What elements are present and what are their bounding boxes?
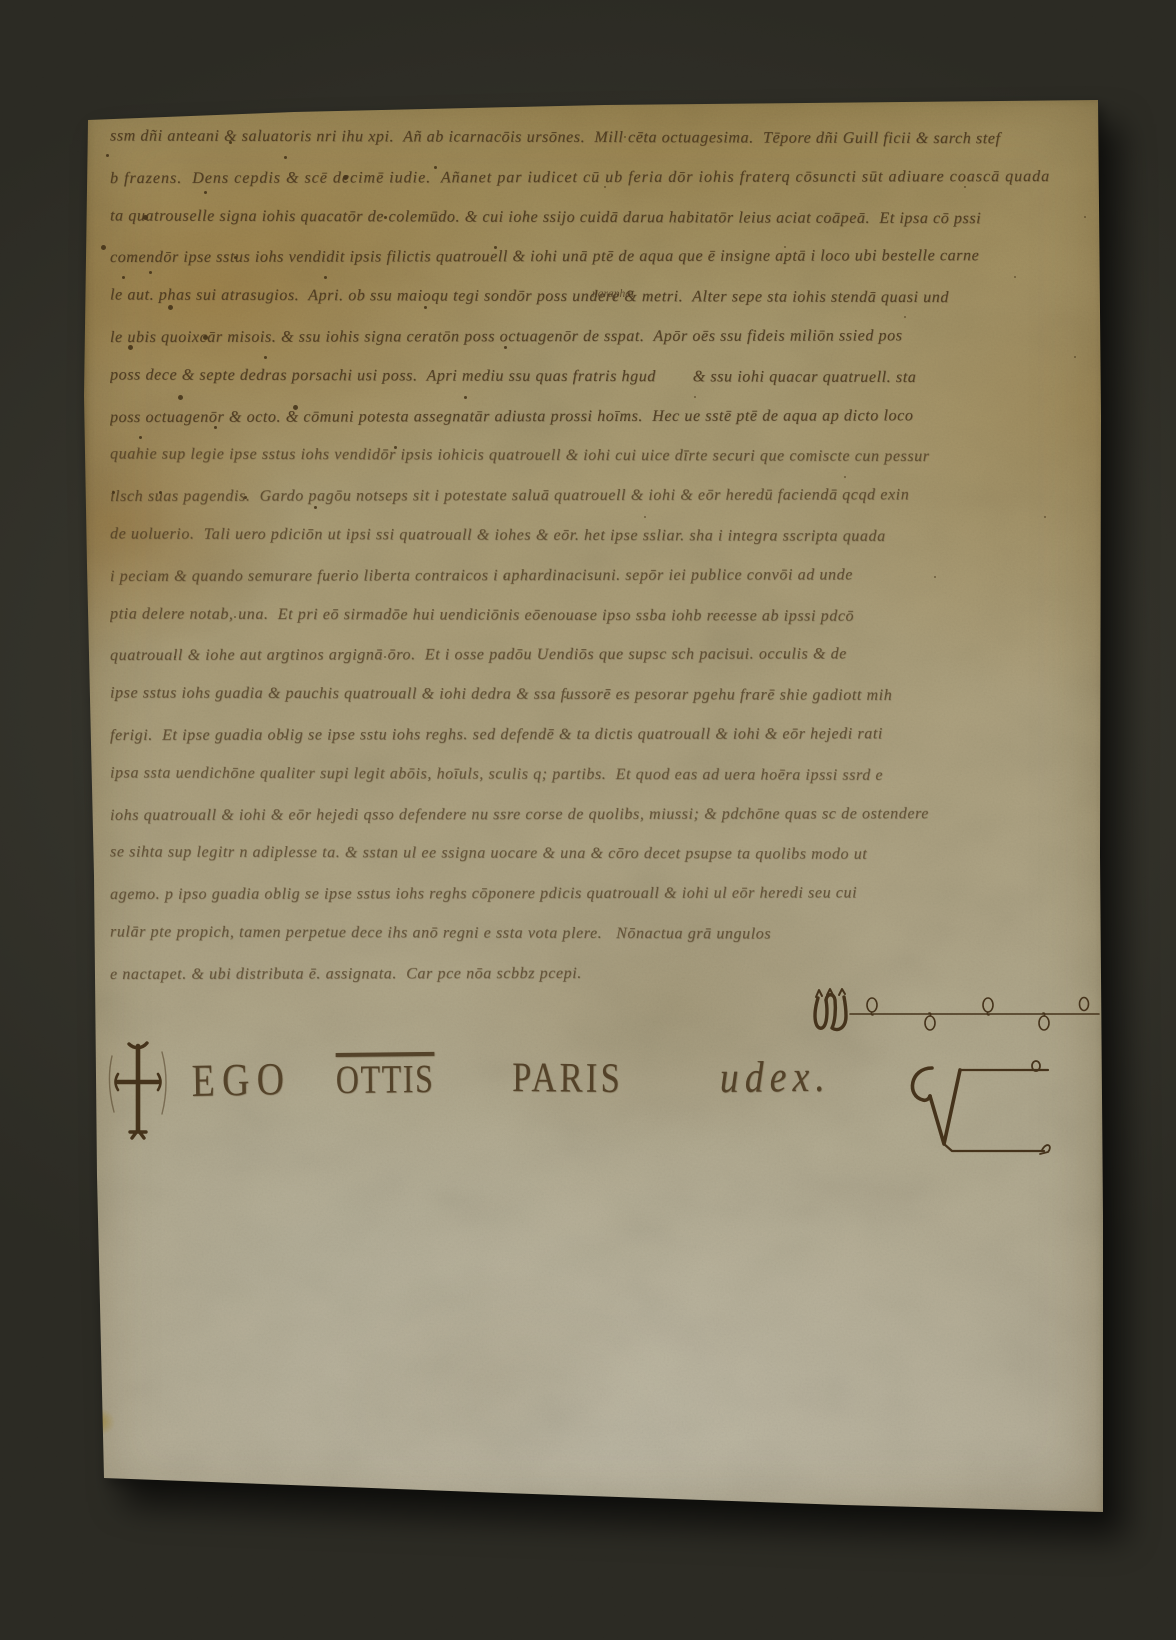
manuscript-text-line: se sihta sup legitr n adiplesse ta. & ss… <box>110 833 1082 876</box>
parchment-shadow: ssm dñi anteani & saluatoris nri ihu xpi… <box>0 0 1176 1640</box>
notary-knot-icon <box>808 984 1102 1040</box>
subscription-word-ego: EGO <box>191 1052 291 1107</box>
manuscript-text-line: le ubis quoixcār misois. & ssu iohis sig… <box>110 316 1082 358</box>
manuscript-text-line: agemo. p ipso guadia oblig se ipse sstus… <box>110 873 1082 915</box>
subscription-word-ottis: OTTIS <box>336 1055 435 1103</box>
manuscript-text-line: poss dece & septe dedras porsachi usi po… <box>110 355 1082 398</box>
manuscript-text-line: ipse sstus iohs guadia & pauchis quatrou… <box>110 674 1082 717</box>
manuscript-text-line: b frazens. Dens cepdis & scē decimē iudi… <box>110 157 1082 199</box>
parchment-document: ssm dñi anteani & saluatoris nri ihu xpi… <box>84 96 1106 1518</box>
manuscript-text-line: ta quatrouselle signa iohis quacatōr de … <box>110 196 1082 239</box>
subscription-word-iudex: udex. <box>720 1051 831 1103</box>
ink-speckles-topleft <box>84 96 87 99</box>
manuscript-text-line: de uoluerio. Tali uero pdiciōn ut ipsi s… <box>110 514 1082 557</box>
notary-signum-icon <box>896 1056 1096 1156</box>
manuscript-text-block: ssm dñi anteani & saluatoris nri ihu xpi… <box>110 118 1082 994</box>
manuscript-text-line: ilsch suas pagendis. Gardo pagōu notseps… <box>110 475 1082 517</box>
subscription-word-paris: PARIS <box>512 1054 623 1103</box>
manuscript-text-line: rulār pte propich, tamen perpetue dece i… <box>110 912 1082 955</box>
ink-speckles-scattered <box>84 96 86 98</box>
manuscript-text-line: iohs quatrouall & iohi & eōr hejedi qsso… <box>110 794 1082 836</box>
manuscript-text-line: ipsa ssta uendichōne qualiter supi legit… <box>110 753 1082 796</box>
manuscript-text-line: comendōr ipse sstus iohs vendidit ipsis … <box>110 236 1082 278</box>
invocation-cross-icon <box>108 1034 168 1144</box>
manuscript-text-line: quatrouall & iohe aut argtinos argignā ō… <box>110 634 1082 676</box>
photograph-of-charter: ssm dñi anteani & saluatoris nri ihu xpi… <box>0 0 1176 1640</box>
manuscript-text-line: ssm dñi anteani & saluatoris nri ihu xpi… <box>110 118 1082 159</box>
manuscript-text-line: quahie sup legie ipse sstus iohs vendidō… <box>110 435 1082 478</box>
manuscript-text-line: i peciam & quando semurare fuerio libert… <box>110 555 1082 597</box>
interlinear-note: naraphat <box>592 288 634 300</box>
manuscript-text-line: ptia delere notab, una. Et pri eō sirmad… <box>110 594 1082 637</box>
manuscript-text-line: poss octuagenōr & octo. & cōmuni potesta… <box>110 396 1082 438</box>
manuscript-text-line: ferigi. Et ipse guadia oblig se ipse sst… <box>110 714 1082 756</box>
